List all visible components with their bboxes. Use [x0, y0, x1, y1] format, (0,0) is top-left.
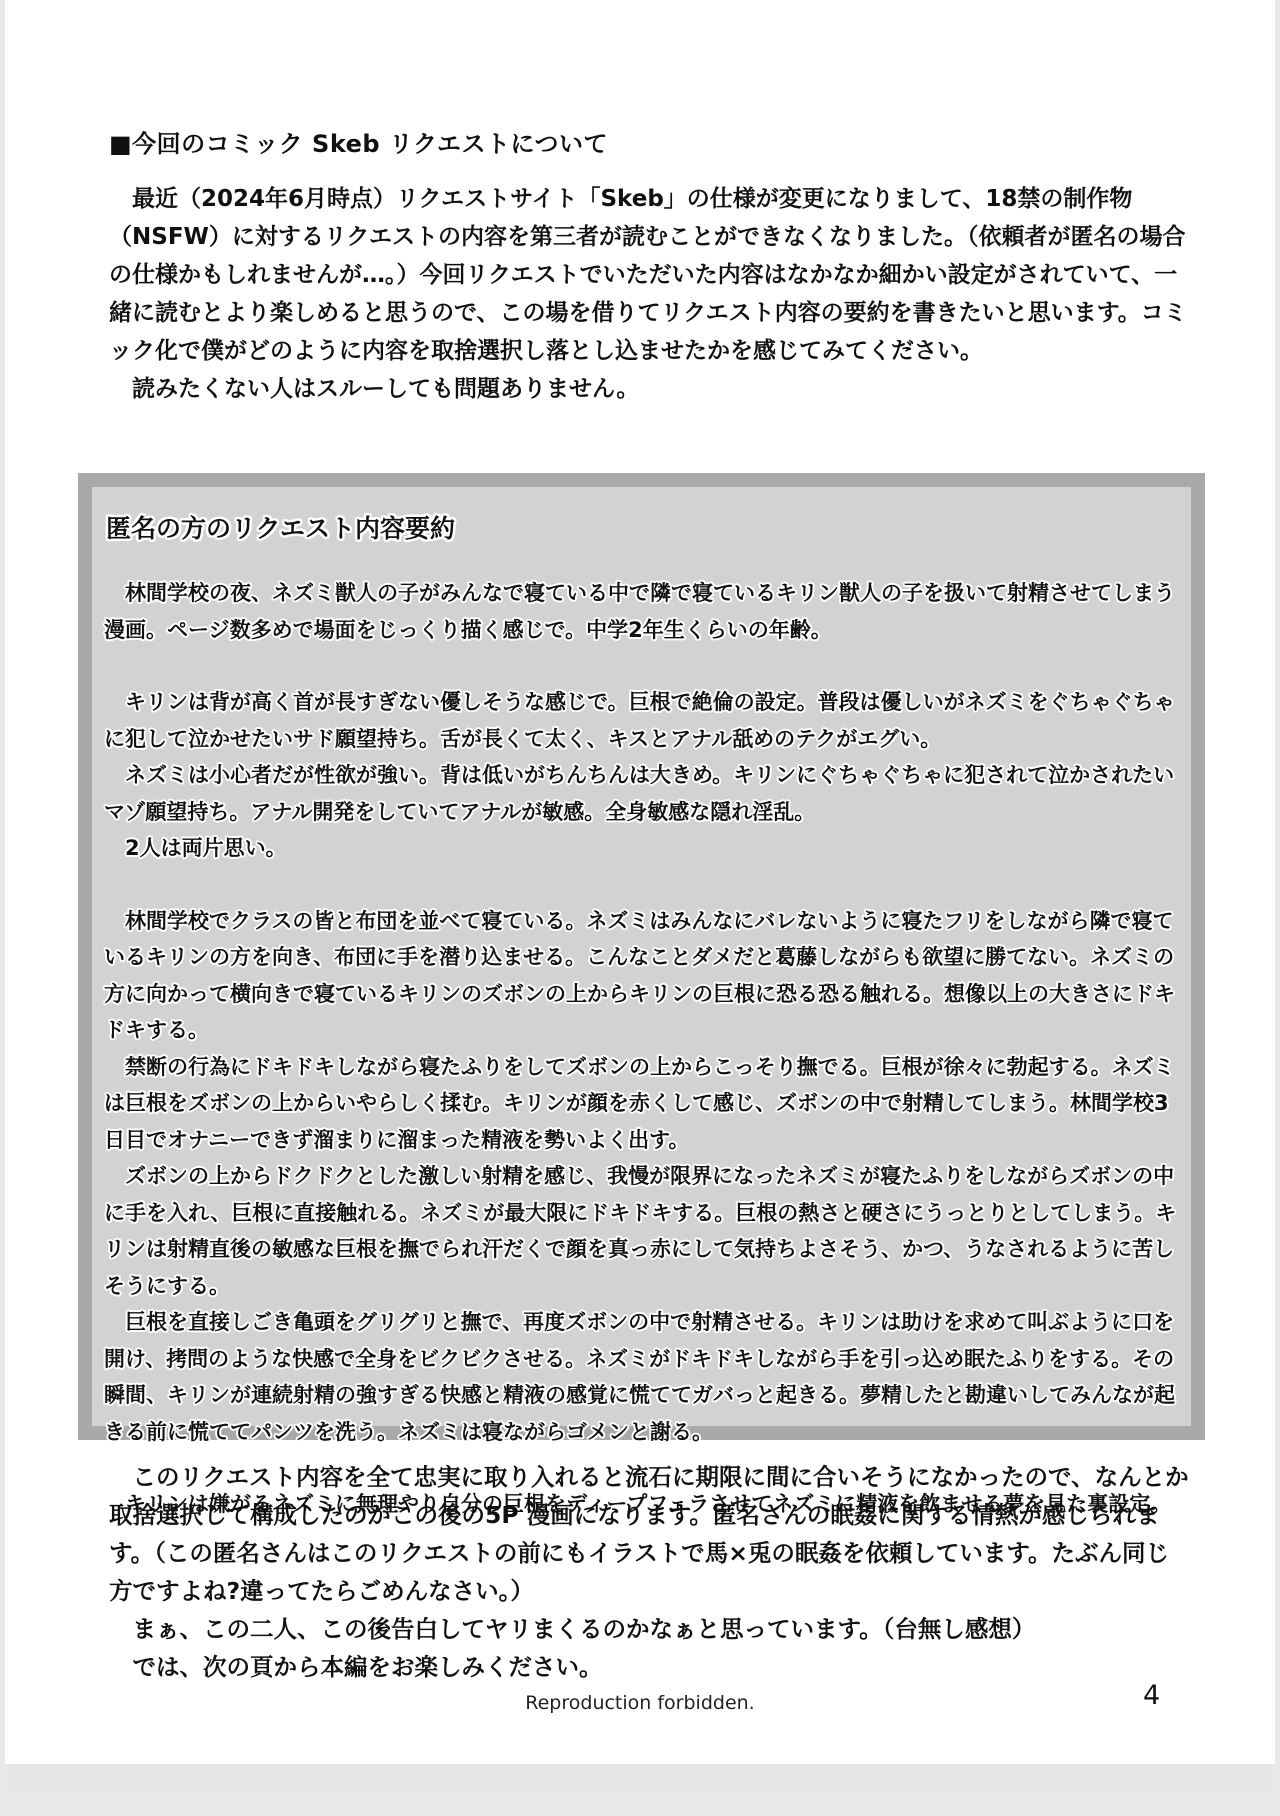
request-box-paragraphs: 林間学校の夜、ネズミ獣人の子がみんなで寝ている中で隣で寝ているキリン獣人の子を扱… [104, 575, 1179, 1523]
paragraph: では、次の頁から本編をお楽しみください。 [109, 1648, 1191, 1686]
request-box-line: 禁断の行為にドキドキしながら寝たふりをしてズボンの上からこっそり撫でる。巨根が徐… [104, 1049, 1179, 1159]
request-box-heading: 匿名の方のリクエスト内容要約 [106, 509, 1179, 545]
paragraph: まぁ、この二人、この後告白してヤリまくるのかなぁと思っています。（台無し感想） [109, 1610, 1191, 1648]
request-box-group: 林間学校でクラスの皆と布団を並べて寝ている。ネズミはみんなにバレないように寝たフ… [104, 903, 1179, 1451]
request-box-line: 林間学校でクラスの皆と布団を並べて寝ている。ネズミはみんなにバレないように寝たフ… [104, 903, 1179, 1049]
request-summary-box-inner: 匿名の方のリクエスト内容要約 林間学校の夜、ネズミ獣人の子がみんなで寝ている中で… [92, 487, 1191, 1426]
document-page: ■今回のコミック Skeb リクエストについて 最近（2024年6月時点）リクエ… [5, 0, 1275, 1790]
request-box-line: 巨根を直接しごき亀頭をグリグリと撫で、再度ズボンの中で射精させる。キリンは助けを… [104, 1304, 1179, 1450]
request-summary-box: 匿名の方のリクエスト内容要約 林間学校の夜、ネズミ獣人の子がみんなで寝ている中で… [78, 473, 1205, 1440]
request-box-line: 林間学校の夜、ネズミ獣人の子がみんなで寝ている中で隣で寝ているキリン獣人の子を扱… [104, 575, 1179, 648]
scan-edge [5, 1764, 1275, 1790]
outro-paragraphs: このリクエスト内容を全て忠実に取り入れると流石に期限に間に合いそうになかったので… [109, 1458, 1191, 1686]
request-box-line: ズボンの上からドクドクとした激しい射精を感じ、我慢が限界になったネズミが寝たふり… [104, 1158, 1179, 1304]
paragraph: 読みたくない人はスルーしても問題ありません。 [109, 370, 1187, 408]
request-box-group: キリンは背が高く首が長すぎない優しそうな感じで。巨根で絶倫の設定。普段は優しいが… [104, 684, 1179, 867]
reproduction-notice: Reproduction forbidden. [5, 1692, 1275, 1714]
request-box-line: キリンは背が高く首が長すぎない優しそうな感じで。巨根で絶倫の設定。普段は優しいが… [104, 684, 1179, 757]
page-number: 4 [1143, 1680, 1160, 1711]
paragraph: 最近（2024年6月時点）リクエストサイト「Skeb」の仕様が変更になりまして、… [109, 180, 1187, 370]
request-box-line: 2人は両片思い。 [104, 830, 1179, 867]
intro-paragraphs: 最近（2024年6月時点）リクエストサイト「Skeb」の仕様が変更になりまして、… [109, 180, 1187, 408]
request-box-line: ネズミは小心者だが性欲が強い。背は低いがちんちんは大きめ。キリンにぐちゃぐちゃに… [104, 757, 1179, 830]
page-title: ■今回のコミック Skeb リクエストについて [109, 124, 608, 159]
request-box-group: 林間学校の夜、ネズミ獣人の子がみんなで寝ている中で隣で寝ているキリン獣人の子を扱… [104, 575, 1179, 648]
paragraph: このリクエスト内容を全て忠実に取り入れると流石に期限に間に合いそうになかったので… [109, 1458, 1191, 1610]
